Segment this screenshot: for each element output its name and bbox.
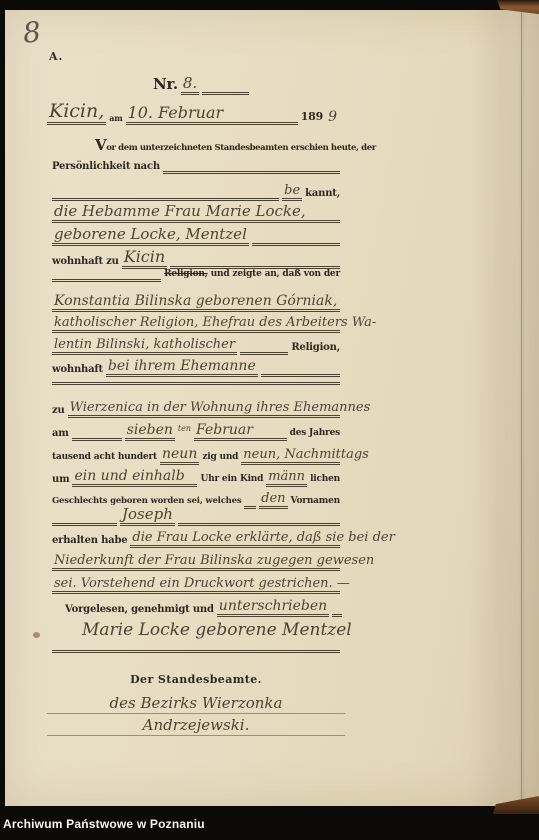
seg-rule: [202, 92, 249, 95]
seg-rule: [332, 614, 342, 617]
year-prefix: tausend acht hundert: [52, 453, 157, 465]
note-text-2: Niederkunft der Frau Bilinska zugegen ge…: [52, 554, 340, 571]
date-value: 10. Februar: [126, 105, 298, 125]
closing-rule-line: [52, 650, 340, 653]
mother-residence-line: wohnhaftbei ihrem Ehemanne: [52, 359, 340, 377]
time-value: ein und einhalb: [72, 469, 197, 487]
declarant-line-2: geborene Locke, Mentzel: [52, 227, 340, 246]
seg-rule: [261, 374, 340, 377]
declarant-residence-line: wohnhaft zuKicin: [52, 249, 340, 269]
note-text-1: die Frau Locke erklärte, daß sie bei der: [130, 531, 340, 548]
seg-rule: [52, 279, 161, 282]
seg-rule: [252, 243, 340, 246]
document-page: 8 A. Nr.8.Kicin,am10. Februar1899Vor dem…: [5, 10, 539, 806]
birthplace-value: Wierzenica in der Wohnung ihres Ehemanne…: [68, 401, 340, 418]
note-line-1: erhalten habedie Frau Locke erklärte, da…: [52, 531, 340, 548]
religion-struck: Religion,: [164, 270, 208, 282]
year-ones-daytime: neun, Nachmittags: [241, 448, 340, 465]
sex-handwritten: männ: [266, 470, 307, 487]
residence-value: Kicin: [122, 249, 167, 269]
intro-line: Vor dem unterzeichneten Standesbeamten e…: [95, 137, 343, 156]
record-number-line: Nr.8.: [153, 76, 249, 95]
page-edge-shading: [469, 10, 539, 806]
approval-printed: Vorgelesen, genehmigt und: [65, 604, 214, 617]
declarant-signature: Marie Locke geborene Mentzel: [80, 622, 354, 640]
intro-text: Vor dem unterzeichneten Standesbeamten e…: [95, 137, 376, 156]
identity-line: Persönlichkeit nach: [52, 161, 340, 174]
registrar-district-line: des Bezirks Wierzonka: [47, 696, 345, 714]
birth-month: Februar: [194, 423, 287, 441]
child-label: Uhr ein Kind: [200, 475, 263, 487]
declarant-maiden-name: geborene Locke, Mentzel: [52, 227, 249, 246]
birth-day: sieben: [125, 423, 175, 441]
year-written: 9: [326, 110, 339, 125]
registrar-title: Der Standesbeamte.: [130, 674, 262, 688]
seg-rule: [178, 523, 340, 526]
father-name: lentin Bilinski, katholischer: [52, 338, 237, 355]
archive-watermark: Archiwum Państwowe w Poznaniu: [3, 817, 205, 831]
seg-rule: [72, 438, 122, 441]
note-text-3: sei. Vorstehend ein Druckwort gestrichen…: [52, 577, 340, 594]
place-date-line: Kicin,am10. Februar1899: [47, 102, 339, 125]
mother-religion: katholischer Religion, Ehefrau des Arbei…: [52, 316, 340, 333]
notice-text: und zeigte an, daß von der: [211, 270, 340, 282]
residence2-label: wohnhaft: [52, 364, 103, 377]
birthdate-label: am: [52, 428, 69, 441]
approval-line: Vorgelesen, genehmigt undunterschrieben: [65, 599, 340, 617]
time-label: um: [52, 474, 69, 487]
registrar-title-line: Der Standesbeamte.: [52, 674, 340, 688]
note-label: erhalten habe: [52, 535, 127, 548]
paper-stain: [33, 632, 40, 638]
am-label: am: [109, 114, 122, 125]
ordinal-suffix: ten: [178, 425, 191, 433]
scan-background: { "meta": { "pencil_page_number": "8", "…: [0, 0, 539, 840]
mother-line-3: lentin Bilinski, katholischerReligion,: [52, 338, 340, 355]
seg-rule: [240, 352, 288, 355]
mother-line-2: katholischer Religion, Ehefrau des Arbei…: [52, 316, 340, 333]
bekannt-line: bekannt,: [52, 184, 340, 201]
birthplace-line: zuWierzenica in der Wohnung ihres Eheman…: [52, 401, 340, 418]
mother-name: Konstantia Bilinska geborenen Górniak,: [52, 294, 340, 312]
seg-rule: [52, 650, 340, 653]
registrar-district: des Bezirks Wierzonka: [108, 696, 285, 712]
nr-label: Nr.: [153, 76, 178, 95]
registrar-signature-line: Andrzejewski.: [47, 718, 345, 736]
identity-label: Persönlichkeit nach: [52, 161, 160, 174]
page-crease: [521, 10, 522, 806]
sex-printed: lichen: [310, 475, 340, 487]
declarant-line-1: die Hebamme Frau Marie Locke,: [52, 204, 340, 223]
birth-time-line: umein und einhalbUhr ein Kindmännlichen: [52, 469, 340, 487]
year-infix: zig und: [202, 453, 238, 465]
seg-rule: [52, 382, 340, 385]
note-line-2: Niederkunft der Frau Bilinska zugegen ge…: [52, 554, 340, 571]
record-number-value: 8.: [181, 76, 199, 95]
bekannt-handwritten: be: [282, 184, 302, 201]
birthplace-label: zu: [52, 405, 65, 418]
year-printed: 189: [301, 111, 323, 125]
approval-handwritten: unterschrieben: [217, 599, 329, 617]
seg-rule: [163, 171, 340, 174]
pencil-page-number: 8: [21, 15, 42, 50]
place-value: Kicin,: [47, 102, 106, 125]
residence2-value: bei ihrem Ehemanne: [106, 359, 258, 377]
registrar-signature: Andrzejewski.: [141, 718, 252, 734]
birth-year-line: tausend acht hundertneunzig undneun, Nac…: [52, 447, 340, 465]
child-name: Joseph: [120, 507, 175, 526]
signature-line: Marie Locke geborene Mentzel: [80, 622, 340, 640]
residence-label: wohnhaft zu: [52, 256, 119, 269]
year-label: des Jahres: [290, 429, 340, 441]
birthdate-line: amsiebentenFebruardes Jahres: [52, 423, 340, 441]
seg-rule: [52, 523, 117, 526]
child-name-line: Joseph: [52, 507, 340, 526]
seg-rule: [52, 198, 279, 201]
note-line-3: sei. Vorstehend ein Druckwort gestrichen…: [52, 577, 340, 594]
form-letter-label: A.: [49, 50, 63, 63]
year-tens: neun: [160, 447, 199, 465]
mother-line-1: Konstantia Bilinska geborenen Górniak,: [52, 294, 340, 312]
blank-rule-line: [52, 382, 340, 385]
declarant-name: die Hebamme Frau Marie Locke,: [52, 204, 340, 223]
religion-label: Religion,: [291, 342, 340, 355]
religion-notice-line: Religion,und zeigte an, daß von der: [52, 270, 340, 282]
bekannt-printed: kannt,: [305, 188, 340, 201]
